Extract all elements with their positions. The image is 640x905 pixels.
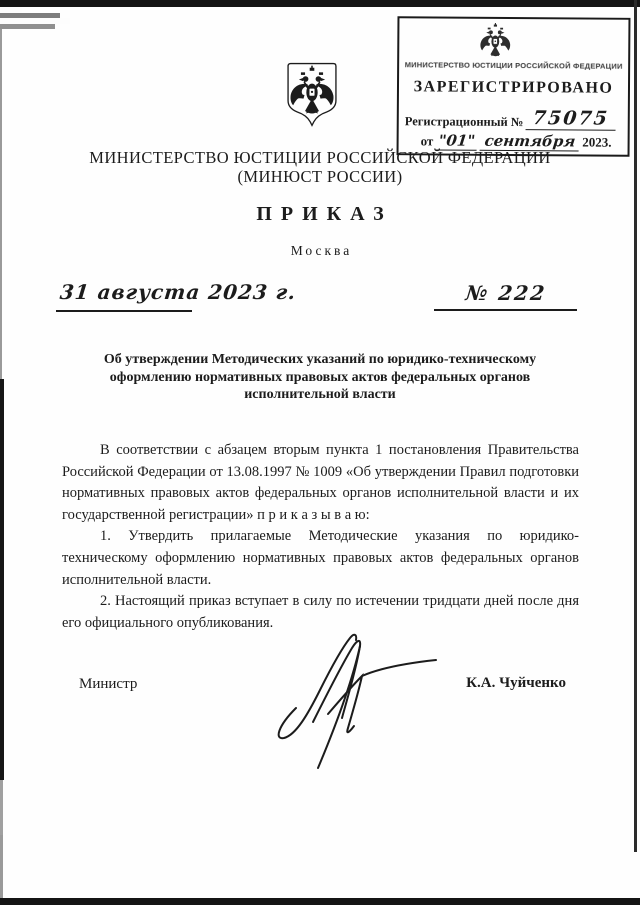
order-paragraph-item1: 1. Утвердить прилагаемые Методические ук…	[62, 526, 579, 591]
stamp-date-line: от "01" сентября 2023.	[421, 131, 612, 151]
order-number-underline	[434, 309, 577, 311]
scan-edge-bottom-fade	[0, 24, 55, 29]
city-label: Москва	[0, 243, 640, 259]
stamp-date-month: сентября	[479, 132, 580, 152]
scan-edge-right-fade2	[0, 835, 3, 905]
scan-edge-bottom	[0, 898, 640, 905]
scan-edge-right-fade	[0, 780, 3, 835]
stamp-registration-number: Регистрационный № 75075	[405, 108, 617, 132]
order-paragraph-item2: 2. Настоящий приказ вступает в силу по и…	[62, 591, 579, 634]
scan-edge-top	[0, 0, 640, 7]
document-page: МИНИСТЕРСТВО ЮСТИЦИИ РОССИЙСКОЙ ФЕДЕРАЦИ…	[0, 0, 640, 905]
order-paragraph-preamble: В соответствии с абзацем вторым пункта 1…	[62, 440, 579, 526]
ministry-short-name: (МИНЮСТ РОССИИ)	[0, 167, 640, 187]
stamp-reg-value: 75075	[525, 107, 618, 131]
order-title: Об утверждении Методических указаний по …	[0, 351, 640, 404]
coat-of-arms-icon	[286, 61, 338, 129]
scan-edge-top-gap	[0, 6, 22, 13]
signature-scribble	[268, 630, 443, 770]
order-date-underline	[56, 310, 192, 312]
document-type-title: ПРИКАЗ	[0, 203, 640, 226]
stamp-reg-label: Регистрационный №	[405, 114, 524, 129]
stamp-eagle-icon	[477, 23, 513, 59]
signer-position: Министр	[79, 676, 137, 693]
order-title-line2: оформлению нормативных правовых актов фе…	[0, 369, 640, 387]
order-number-handwritten: № 222	[434, 281, 579, 305]
order-body: В соответствии с абзацем вторым пункта 1…	[62, 440, 579, 634]
order-title-line3: исполнительной власти	[0, 386, 640, 404]
scan-edge-right	[634, 0, 637, 852]
stamp-registered-label: ЗАРЕГИСТРИРОВАНО	[399, 78, 628, 98]
order-date-handwritten: 31 августа 2023 г.	[59, 280, 298, 304]
registration-stamp: МИНИСТЕРСТВО ЮСТИЦИИ РОССИЙСКОЙ ФЕДЕРАЦИ…	[397, 16, 631, 157]
scan-edge-left-dark	[0, 379, 4, 780]
stamp-date-year: 2023.	[582, 134, 611, 149]
order-title-line1: Об утверждении Методических указаний по …	[0, 351, 640, 369]
stamp-ministry-line: МИНИСТЕРСТВО ЮСТИЦИИ РОССИЙСКОЙ ФЕДЕРАЦИ…	[399, 60, 628, 71]
stamp-from-label: от	[421, 133, 434, 148]
stamp-date-day: "01"	[436, 131, 479, 150]
